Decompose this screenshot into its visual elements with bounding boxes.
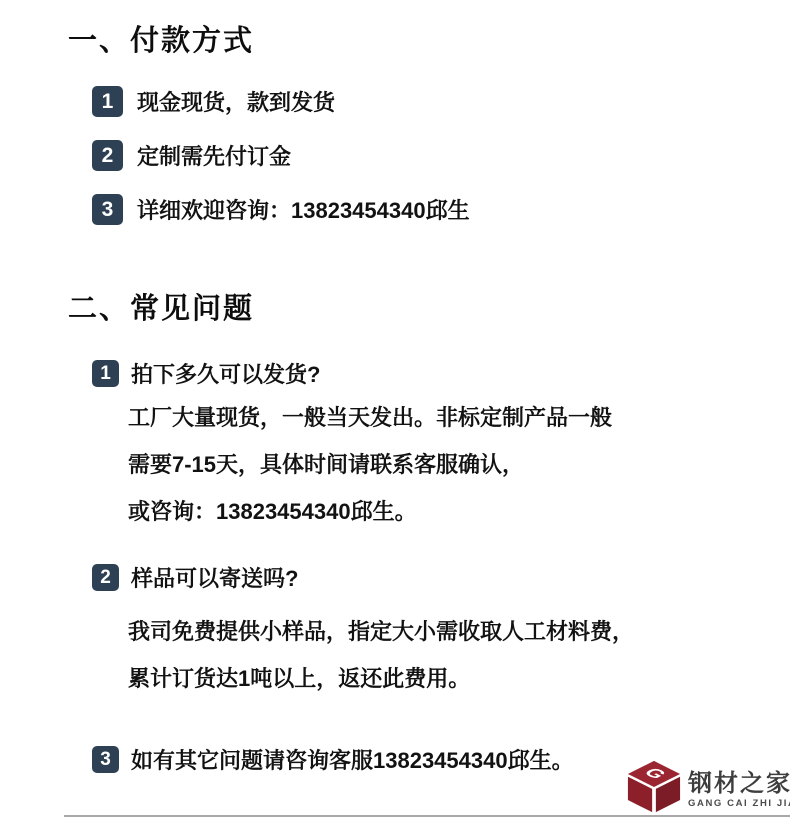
payment-item: 2 定制需先付订金 bbox=[92, 140, 291, 171]
faq-question-text: 样品可以寄送吗? bbox=[131, 562, 298, 593]
faq-item-question: 1 拍下多久可以发货? bbox=[92, 358, 320, 389]
brand-name-en: GANG CAI ZHI JIA bbox=[688, 798, 790, 809]
faq-answer-line: 需要7-15天，具体时间请联系客服确认， bbox=[128, 441, 612, 488]
faq-answer-line: 工厂大量现货，一般当天发出。非标定制产品一般 bbox=[128, 394, 612, 441]
item-number-badge: 3 bbox=[92, 194, 123, 225]
product-detail-page: 一、付款方式 1 现金现货，款到发货 2 定制需先付订金 3 详细欢迎咨询：13… bbox=[0, 0, 790, 824]
item-number-badge: 1 bbox=[92, 86, 123, 117]
item-number-badge: 3 bbox=[92, 746, 119, 773]
payment-item-text: 详细欢迎咨询：13823454340邱生 bbox=[137, 194, 470, 225]
payment-item-text: 现金现货，款到发货 bbox=[137, 86, 335, 117]
section-heading-faq: 二、常见问题 bbox=[68, 286, 254, 327]
item-number-badge: 2 bbox=[92, 140, 123, 171]
item-number-badge: 1 bbox=[92, 360, 119, 387]
faq-answer-line: 我司免费提供小样品，指定大小需收取人工材料费， bbox=[128, 608, 634, 655]
payment-item: 3 详细欢迎咨询：13823454340邱生 bbox=[92, 194, 470, 225]
payment-item: 1 现金现货，款到发货 bbox=[92, 86, 335, 117]
faq-answer: 工厂大量现货，一般当天发出。非标定制产品一般 需要7-15天，具体时间请联系客服… bbox=[128, 394, 612, 535]
brand-logo: G 钢材之家 GANG CAI ZHI JIA bbox=[626, 760, 790, 819]
cube-g-icon: G bbox=[626, 760, 682, 819]
brand-name-cn: 钢材之家 bbox=[688, 770, 790, 798]
item-number-badge: 2 bbox=[92, 564, 119, 591]
faq-question-text: 如有其它问题请咨询客服13823454340邱生。 bbox=[131, 744, 574, 775]
faq-answer: 我司免费提供小样品，指定大小需收取人工材料费， 累计订货达1吨以上，返还此费用。 bbox=[128, 608, 634, 702]
brand-name: 钢材之家 GANG CAI ZHI JIA bbox=[688, 770, 790, 809]
faq-question-text: 拍下多久可以发货? bbox=[131, 358, 320, 389]
faq-item-question: 2 样品可以寄送吗? bbox=[92, 562, 298, 593]
section-heading-payment: 一、付款方式 bbox=[68, 18, 254, 59]
faq-answer-line: 累计订货达1吨以上，返还此费用。 bbox=[128, 655, 634, 702]
faq-answer-line: 或咨询：13823454340邱生。 bbox=[128, 488, 612, 535]
payment-item-text: 定制需先付订金 bbox=[137, 140, 291, 171]
bottom-divider bbox=[64, 815, 790, 817]
faq-item-question: 3 如有其它问题请咨询客服13823454340邱生。 bbox=[92, 744, 574, 775]
